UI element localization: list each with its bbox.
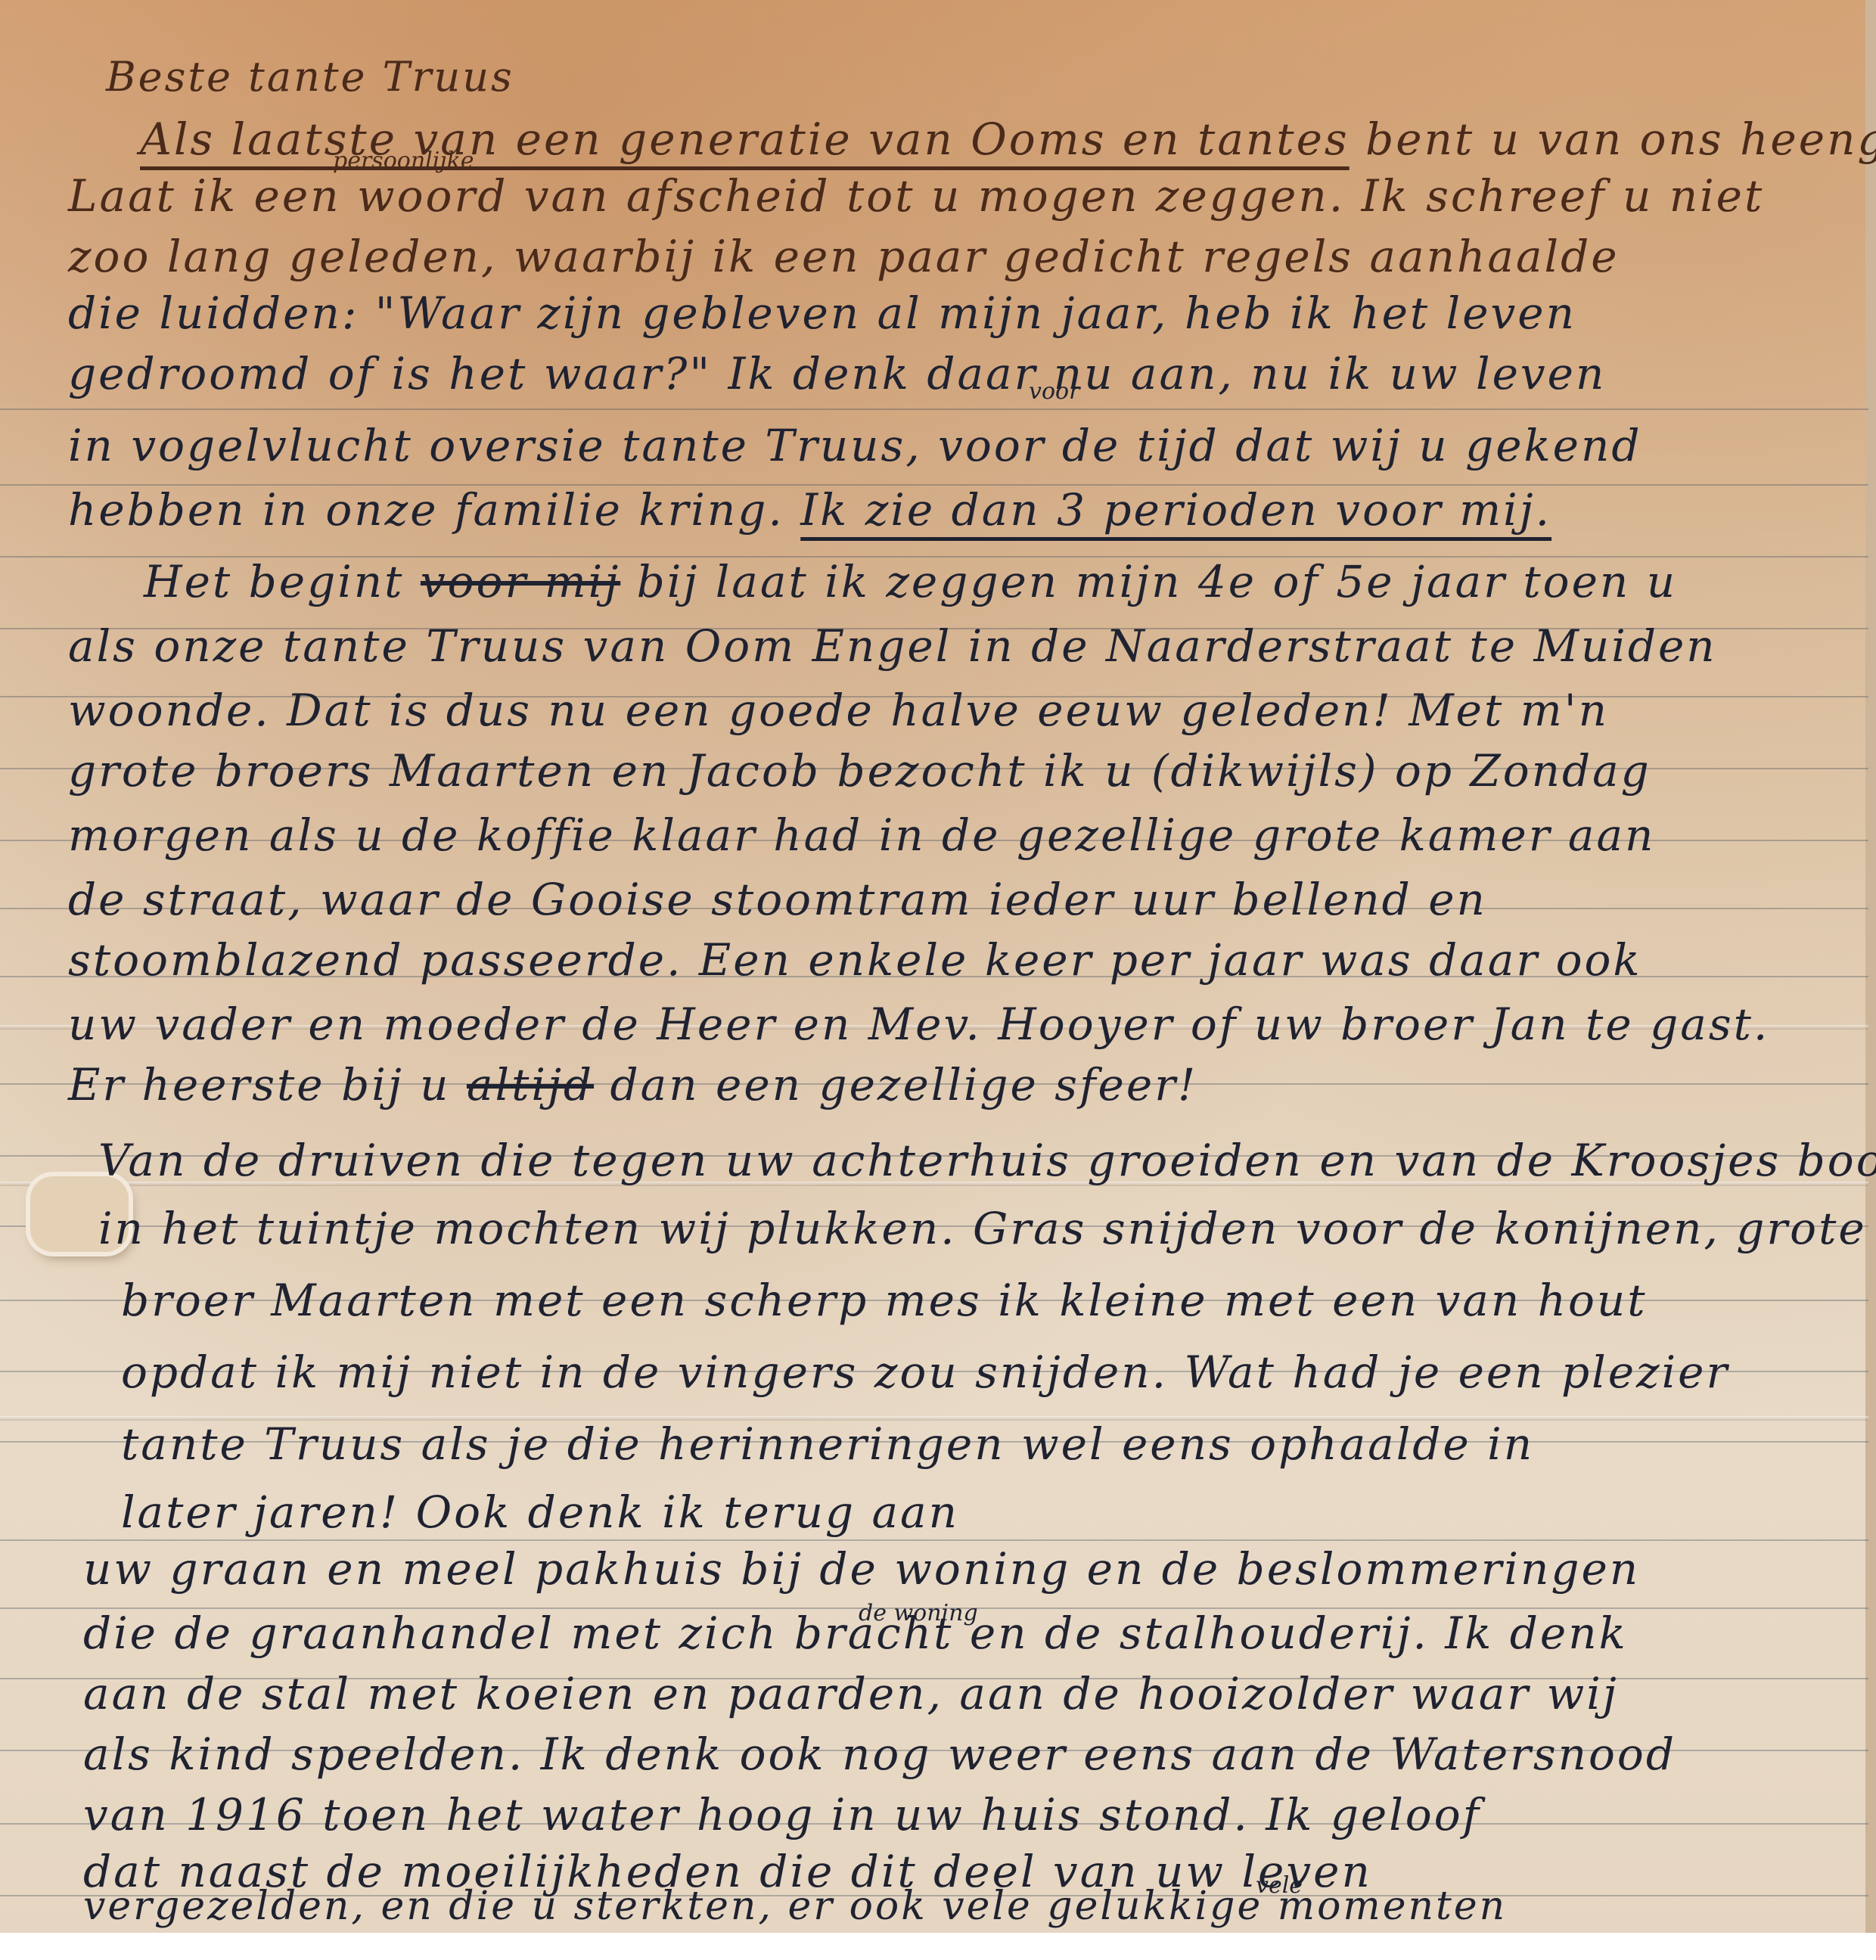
letter-line-23: uw graan en meel pakhuis bij de woning e… [83,1543,1640,1595]
underlined-phrase: Als laatste van een generatie van Ooms e… [140,113,1350,165]
salutation: Beste tante Truus [106,53,514,101]
letter-line-18: in het tuintje mochten wij plukken. Gras… [98,1203,1867,1254]
letter-line-3: zoo lang geleden, waarbij ik een paar ge… [68,231,1620,282]
line-rest: bent u van ons heengegaan. [1365,113,1876,165]
letter-paper: Beste tante Truus Als laatste van een ge… [0,0,1876,1937]
letter-line-15: uw vader en moeder de Heer en Mev. Hooye… [68,999,1769,1050]
letter-line-7: hebben in onze familie kring. Ik zie dan… [68,484,1551,536]
letter-line-9: als onze tante Truus van Oom Engel in de… [68,620,1717,672]
letter-line-26: als kind speelden. Ik denk ook nog weer … [83,1729,1676,1780]
letter-line-5: gedroomd of is het waar?" Ik denk daar n… [68,348,1606,399]
letter-line-11: grote broers Maarten en Jacob bezocht ik… [68,745,1651,797]
letter-line-29: vergezelden, en die u sterkten, er ook v… [83,1884,1507,1929]
letter-line-13: de straat, waar de Gooise stoomtram iede… [68,874,1487,925]
struck-text: altijd [467,1059,594,1110]
letter-line-22: later jaren! Ook denk ik terug aan [121,1486,959,1538]
letter-line-12: morgen als u de koffie klaar had in de g… [68,809,1655,861]
letter-line-19: broer Maarten met een scherp mes ik klei… [121,1275,1648,1326]
line-start: Het begint [144,556,421,607]
line-start: hebben in onze familie kring. [68,484,800,536]
line-rest: dan een gezellige sfeer! [610,1059,1198,1110]
letter-line-6: in vogelvlucht oversie tante Truus, voor… [68,420,1641,471]
letter-line-14: stoomblazend passeerde. Een enkele keer … [68,934,1642,986]
letter-line-10: woonde. Dat is dus nu een goede halve ee… [68,685,1609,736]
insertion-above: voor [1029,378,1079,405]
letter-line-27: van 1916 toen het water hoog in uw huis … [83,1789,1481,1840]
line-start: Er heerste bij u [68,1059,467,1110]
letter-line-17: Van de druiven die tegen uw achterhuis g… [98,1135,1876,1186]
letter-line-4: die luidden: "Waar zijn gebleven al mijn… [68,287,1576,339]
line-rest: bij laat ik zeggen mijn 4e of 5e jaar to… [637,556,1677,607]
letter-line-25: aan de stal met koeien en paarden, aan d… [83,1668,1619,1719]
ruled-line [0,1539,1868,1541]
letter-line-2: Laat ik een woord van afscheid tot u mog… [68,170,1764,222]
letter-line-8: Het begint voor mij bij laat ik zeggen m… [144,556,1677,607]
letter-line-21: tante Truus als je die herinneringen wel… [121,1418,1534,1470]
letter-line-16: Er heerste bij u altijd dan een gezellig… [68,1059,1197,1110]
scan-margin [0,1933,1876,1960]
letter-line-20: opdat ik mij niet in de vingers zou snij… [121,1347,1729,1398]
underlined-phrase: Ik zie dan 3 perioden voor mij. [800,484,1551,536]
letter-line-24: die de graanhandel met zich bracht en de… [83,1607,1628,1659]
struck-text: voor mij [421,556,620,607]
ruled-line [0,408,1868,410]
